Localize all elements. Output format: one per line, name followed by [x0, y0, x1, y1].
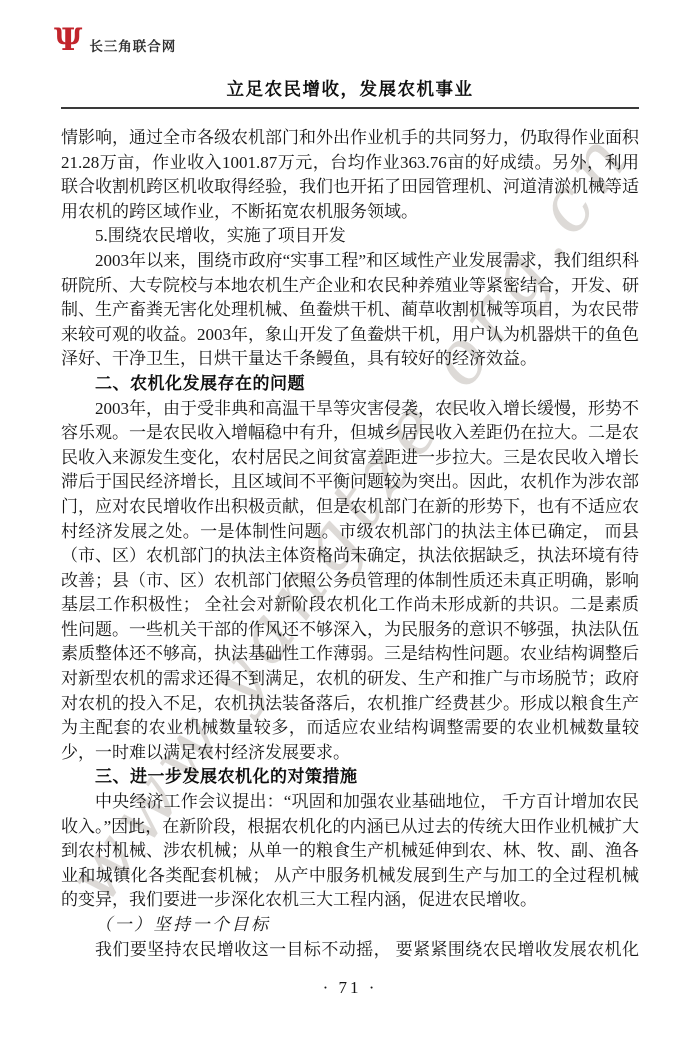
- paragraph-continuation: 情影响，通过全市各级农机部门和外出作业机手的共同努力，仍取得作业面积21.28万…: [61, 126, 639, 224]
- page-number: · 71 ·: [0, 978, 700, 998]
- paragraph-sub-heading: 5.围绕农民增收，实施了项目开发: [61, 224, 639, 249]
- document-page: www.yangtze.org.cn Ψ 长三角联合网 立足农民增收，发展农机事…: [0, 0, 700, 1050]
- paragraph-body-last: 我们要坚持农民增收这一目标不动摇， 要紧紧围绕农民增收发展农机化: [61, 938, 639, 963]
- article-body: 情影响，通过全市各级农机部门和外出作业机手的共同努力，仍取得作业面积21.28万…: [61, 126, 639, 962]
- site-logo: Ψ 长三角联合网: [54, 25, 176, 56]
- site-logo-label: 长三角联合网: [89, 27, 176, 55]
- title-divider: [61, 107, 639, 109]
- paragraph-body: 2003年，由于受非典和高温干旱等灾害侵袭，农民收入增长缓慢，形势不容乐观。一是…: [61, 397, 639, 766]
- paragraph-kaiti-heading: （一）坚持一个目标: [61, 913, 639, 938]
- paragraph-section-heading: 二、农机化发展存在的问题: [61, 372, 639, 397]
- paragraph-body: 中央经济工作会议提出：“巩固和加强农业基础地位， 千方百计增加农民收入。”因此，…: [61, 790, 639, 913]
- paragraph-body: 2003年以来，围绕市政府“实事工程”和区域性产业发展需求，我们组织科研院所、大…: [61, 249, 639, 372]
- paragraph-section-heading: 三、进一步发展农机化的对策措施: [61, 765, 639, 790]
- psi-emblem-icon: Ψ: [54, 25, 82, 56]
- page-header: Ψ 长三角联合网 立足农民增收，发展农机事业: [0, 0, 700, 109]
